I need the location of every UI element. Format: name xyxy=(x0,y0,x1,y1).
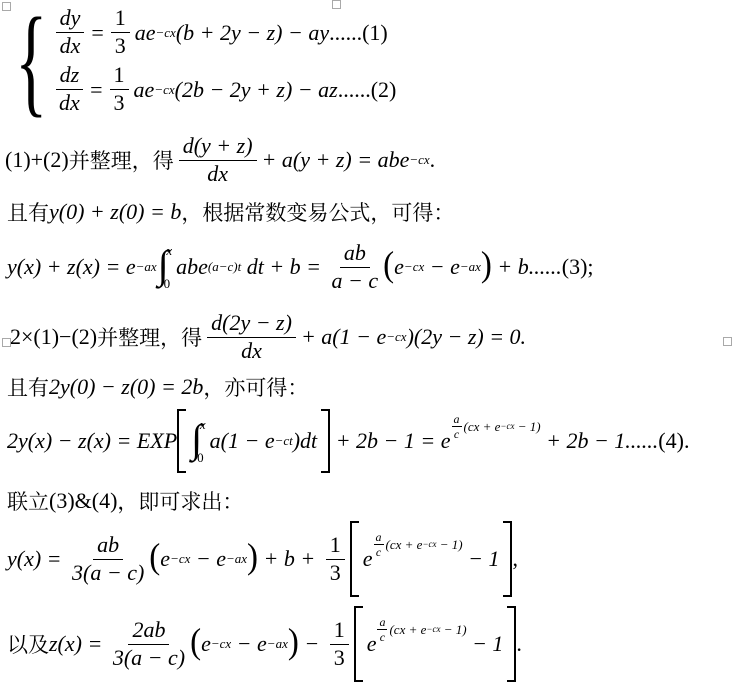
cjk-text: 以及 xyxy=(7,629,49,659)
expression: − xyxy=(299,631,325,657)
nested-exponent: −cx xyxy=(500,422,514,431)
close-paren: ) xyxy=(288,624,299,660)
system-brace: { xyxy=(15,0,47,122)
cjk-text: 且有 xyxy=(7,372,49,402)
condition-line-2: 且有2y(0) − z(0) = 2b，亦可得： xyxy=(7,372,308,402)
initial-condition: 2y(0) − z(0) = 2b xyxy=(49,374,203,400)
exponent: −ct xyxy=(275,433,293,449)
expression: + a(y + z) = abe xyxy=(262,147,410,173)
exponent: −cx xyxy=(170,551,190,567)
period: . xyxy=(430,147,436,173)
expression: (b + 2y − z) − ay xyxy=(176,20,329,46)
dots: ...... xyxy=(338,77,371,103)
equals-sign: = xyxy=(91,20,103,46)
equals-sign: = xyxy=(90,77,102,103)
exponent: −cx xyxy=(386,329,406,345)
expression: + b...... xyxy=(492,254,562,280)
derivation-line-sum: (1)+(2)并整理，得d(y + z)dx+ a(y + z) = abe−c… xyxy=(5,132,435,188)
equation-tag: (1) xyxy=(362,20,388,46)
expression: )(2y − z) = 0. xyxy=(407,324,527,350)
equation-tag: (3); xyxy=(562,254,594,280)
exponent-group: ac(cx + e−cx − 1) xyxy=(374,531,463,558)
equation-tag: (2) xyxy=(371,77,397,103)
fraction: ab3(a − c) xyxy=(72,533,144,585)
coefficient: ae xyxy=(134,77,155,103)
open-paren: ( xyxy=(190,624,201,660)
expression: y(x) + z(x) = e xyxy=(7,254,136,280)
expression: + b + xyxy=(258,546,321,572)
placeholder-box xyxy=(2,2,11,11)
close-bracket xyxy=(503,521,512,597)
bracket-group: ∫x0a(1 − e−ct)dt xyxy=(177,409,330,473)
close-bracket xyxy=(507,606,516,682)
derivative-frac: d(2y − z)dx xyxy=(207,311,296,363)
nested-exponent: −cx xyxy=(426,625,440,634)
one-third-frac: 13 xyxy=(111,6,130,58)
ode-system: { dydx=13ae−cx(b + 2y − z) − ay......(1)… xyxy=(14,4,396,118)
expression: y(x) = xyxy=(7,546,67,572)
exponent: −ax xyxy=(226,551,247,567)
bracket-group: eac(cx + e−cx − 1) − 1 xyxy=(350,521,513,597)
bracket-group: eac(cx + e−cx − 1) − 1 xyxy=(354,606,517,682)
exponent-group: ac(cx + e−cx − 1) xyxy=(452,413,541,440)
expression: z(x) = xyxy=(49,631,108,657)
integrand: abe xyxy=(176,254,208,280)
coefficient: ae xyxy=(135,20,156,46)
cjk-text: ，即可求出： xyxy=(117,486,243,516)
open-bracket xyxy=(350,521,359,597)
cjk-text: 并整理，得 xyxy=(97,322,202,352)
fraction: aba − c xyxy=(332,241,379,293)
derivation-line-diff: 2×(1)−(2)并整理，得d(2y − z)dx+ a(1 − e−cx)(2… xyxy=(10,306,526,368)
exponent: −cx xyxy=(404,259,424,275)
exponent: −cx xyxy=(154,82,174,98)
open-paren: ( xyxy=(383,247,394,283)
open-bracket xyxy=(354,606,363,682)
condition-line-1: 且有y(0) + z(0) = b，根据常数变易公式，可得： xyxy=(7,197,454,227)
lower-limit: 0 xyxy=(164,277,171,290)
one-third-frac: 13 xyxy=(110,63,129,115)
expression: + 2b − 1 = e xyxy=(330,428,450,454)
result-z: 以及z(x) = 2ab3(a − c)(e−cx − e−ax) − 13ea… xyxy=(7,602,522,685)
cjk-text: ，亦可得： xyxy=(203,372,308,402)
cjk-text: ，根据常数变易公式，可得： xyxy=(181,197,454,227)
close-paren: ) xyxy=(481,247,492,283)
derivative-frac: dzdx xyxy=(56,63,84,115)
integrand: a(1 − e xyxy=(210,428,275,454)
lower-limit: 0 xyxy=(197,451,204,464)
expression: + 2b − 1...... xyxy=(541,428,659,454)
exponent: (a−c)t xyxy=(208,259,241,275)
fraction: 2ab3(a − c) xyxy=(113,618,185,670)
a-over-c: ac xyxy=(377,616,387,643)
exponent: −cx xyxy=(156,25,176,41)
integral: ∫x0 xyxy=(191,418,208,464)
exponent: −ax xyxy=(460,259,481,275)
equation-refs: 2×(1)−(2) xyxy=(10,324,97,350)
system-equations: dydx=13ae−cx(b + 2y − z) − ay......(1) d… xyxy=(51,5,397,117)
a-over-c: ac xyxy=(374,531,384,558)
expression: + a(1 − e xyxy=(301,324,386,350)
expression: dt + b = xyxy=(241,254,326,280)
equation-tag: (4). xyxy=(658,428,689,454)
initial-condition: y(0) + z(0) = b xyxy=(49,199,181,225)
equation-2: dzdx=13ae−cx(2b − 2y + z) − az......(2) xyxy=(51,62,397,117)
nested-exponent: −cx xyxy=(422,540,436,549)
one-third-frac: 13 xyxy=(326,533,345,585)
combine-line: 联立(3)&(4)，即可求出： xyxy=(7,486,243,516)
cjk-text: 联立 xyxy=(7,486,49,516)
math-document: { dydx=13ae−cx(b + 2y − z) − ay......(1)… xyxy=(0,0,734,685)
open-paren: ( xyxy=(149,539,160,575)
cjk-text: 且有 xyxy=(7,197,49,227)
equation-refs: (3)&(4) xyxy=(49,488,117,514)
result-y: y(x) = ab3(a − c)(e−cx − e−ax) + b + 13e… xyxy=(7,516,518,602)
solution-line-4: 2y(x) − z(x) = EXP∫x0a(1 − e−ct)dt + 2b … xyxy=(7,404,689,478)
equation-refs: (1)+(2) xyxy=(5,147,69,173)
one-third-frac: 13 xyxy=(330,618,349,670)
expression: 2y(x) − z(x) = EXP xyxy=(7,428,177,454)
exponent: −ax xyxy=(267,636,288,652)
expression: (2b − 2y + z) − az xyxy=(175,77,338,103)
derivative-frac: d(y + z)dx xyxy=(179,134,257,186)
integral: ∫x0 xyxy=(158,244,175,290)
solution-line-3: y(x) + z(x) = e−ax∫x0abe(a−c)t dt + b = … xyxy=(7,234,594,300)
placeholder-box xyxy=(723,337,732,346)
close-bracket xyxy=(321,409,330,473)
comma: , xyxy=(512,546,518,572)
exponent-group: ac(cx + e−cx − 1) xyxy=(377,616,466,643)
exponent: −cx xyxy=(211,636,231,652)
cjk-text: 并整理，得 xyxy=(69,145,174,175)
exponent: −cx xyxy=(409,152,429,168)
period: . xyxy=(516,631,522,657)
dots: ...... xyxy=(329,20,362,46)
exponent: −ax xyxy=(136,259,157,275)
derivative-frac: dydx xyxy=(56,6,85,58)
open-bracket xyxy=(177,409,186,473)
close-paren: ) xyxy=(247,539,258,575)
a-over-c: ac xyxy=(452,413,462,440)
equation-1: dydx=13ae−cx(b + 2y − z) − ay......(1) xyxy=(51,5,397,60)
